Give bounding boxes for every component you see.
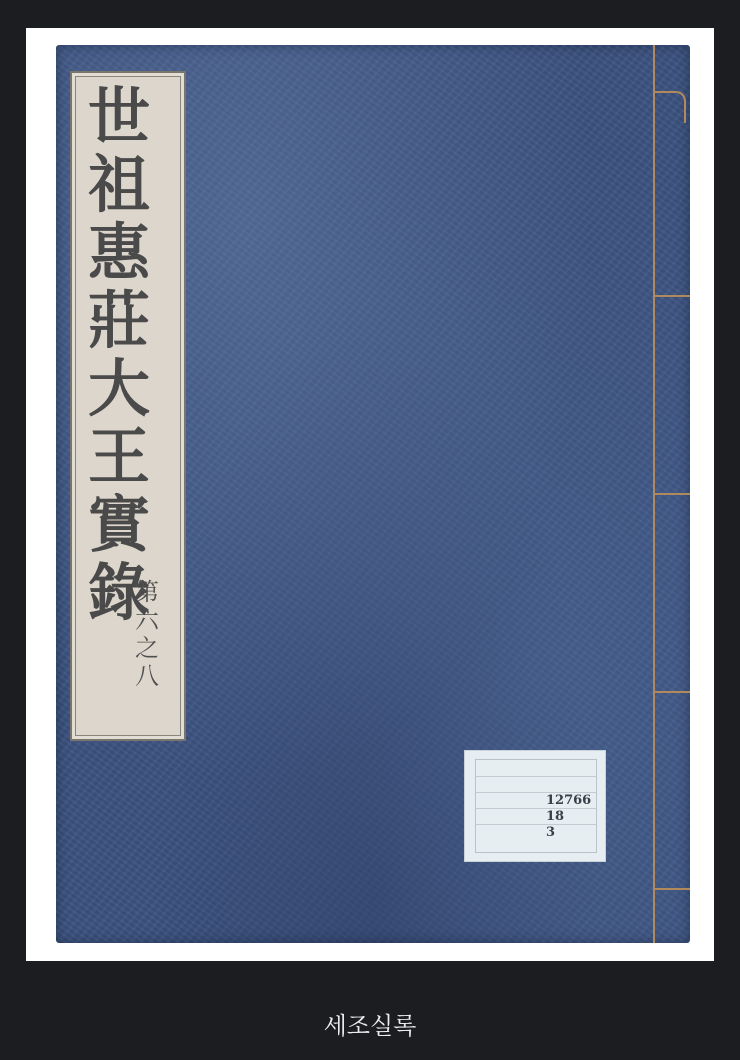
book-title: 世祖惠莊大王實錄 (84, 83, 154, 627)
registration-number: 12766 (546, 793, 591, 809)
title-slip: 世祖惠莊大王實錄 第六之八 (70, 71, 186, 741)
library-label-row: 12766 (476, 792, 596, 809)
library-label-row: 18 (476, 808, 596, 825)
volume-number: 第六之八 (134, 578, 160, 690)
binding-stitch (653, 888, 690, 890)
book-cover-image[interactable]: 世祖惠莊大王實錄 第六之八 12766 18 (56, 45, 690, 943)
binding-stitch (653, 691, 690, 693)
binding-stitch-top (654, 91, 686, 123)
binding-stitch (653, 493, 690, 495)
image-caption: 세조실록 (0, 1006, 740, 1041)
library-label-table: 12766 18 3 (475, 759, 597, 853)
library-label-row: 3 (476, 824, 596, 841)
library-label: 12766 18 3 (464, 750, 606, 862)
library-label-row (476, 776, 596, 793)
classification-number: 18 (546, 809, 564, 825)
image-frame: 世祖惠莊大王實錄 第六之八 12766 18 (26, 28, 714, 961)
copy-number: 3 (546, 825, 555, 841)
binding-stitch (653, 295, 690, 297)
